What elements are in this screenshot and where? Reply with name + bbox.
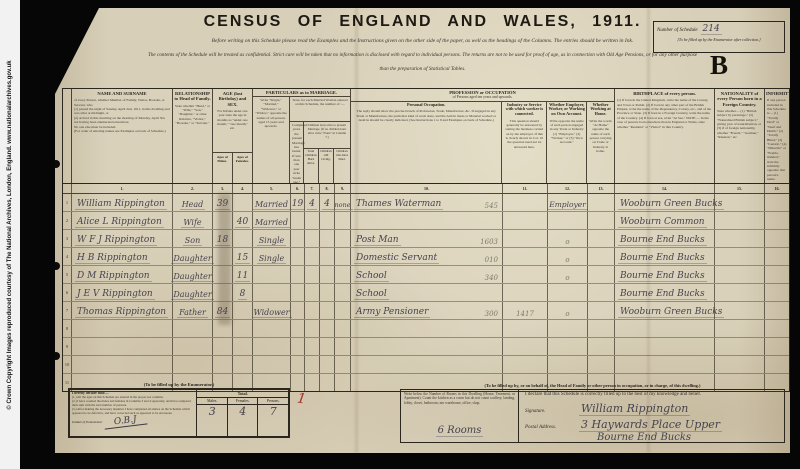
cell-occupation: School340 bbox=[351, 266, 503, 283]
table-row: 3W F J RippingtonSon18SinglePost Man1603… bbox=[63, 230, 789, 248]
cell-num: 4 bbox=[63, 248, 72, 265]
years-entry: 19 bbox=[290, 199, 305, 210]
cell-age-f: 11 bbox=[233, 266, 253, 283]
cell-age-m bbox=[213, 266, 233, 283]
occupation-code: 010 bbox=[485, 256, 498, 264]
cell-living bbox=[320, 302, 335, 319]
householder-box: Write below the Number of Rooms in this … bbox=[400, 389, 785, 443]
cell-infirmity bbox=[765, 248, 789, 265]
cell-relationship bbox=[173, 338, 213, 355]
cell-status: o bbox=[548, 302, 588, 319]
cell-relationship: Father bbox=[173, 302, 213, 319]
cell-age-f bbox=[233, 356, 253, 373]
relationship-entry: Daughter bbox=[171, 254, 213, 264]
cell-died bbox=[335, 374, 351, 391]
name-entry: William Rippington bbox=[75, 199, 167, 210]
children-group-header: Children born alive to present Marriage.… bbox=[304, 122, 350, 149]
declaration-box: I declare that this Schedule is correctl… bbox=[519, 390, 784, 442]
cell-age-f bbox=[233, 194, 253, 211]
cell-industry bbox=[503, 320, 548, 337]
name-entry: Thomas Rippington bbox=[75, 307, 168, 318]
cell-nationality bbox=[715, 284, 765, 301]
cell-num: 5 bbox=[63, 266, 72, 283]
birthplace-entry: Bourne End Bucks bbox=[618, 235, 707, 246]
name-entry: J E V Rippington bbox=[75, 289, 155, 300]
industry-header: Industry or Service with which worker is… bbox=[502, 102, 547, 183]
cell-infirmity bbox=[765, 212, 789, 229]
cell-birthplace: Wooburn Green Bucks bbox=[615, 302, 715, 319]
header-occupation-group: PROFESSION or OCCUPATION of Persons aged… bbox=[351, 89, 615, 183]
column-number: 13. bbox=[588, 184, 615, 193]
cell-num: 6 bbox=[63, 284, 72, 301]
column-number: 16. bbox=[765, 184, 789, 193]
cell-condition: Single bbox=[253, 230, 291, 247]
cell-years bbox=[291, 284, 305, 301]
nationality-column-body: State whether— (1) "British subject by p… bbox=[715, 108, 764, 141]
cell-status: o bbox=[548, 248, 588, 265]
declaration-text: I declare that this Schedule is correctl… bbox=[525, 392, 778, 397]
column-number bbox=[63, 184, 72, 193]
cell-birthplace: Bourne End Bucks bbox=[615, 266, 715, 283]
relationship-entry: Daughter bbox=[171, 290, 213, 300]
age-f-entry: 8 bbox=[238, 289, 248, 300]
cell-living bbox=[320, 338, 335, 355]
cell-occupation bbox=[351, 320, 503, 337]
header-name-column: NAME AND SURNAME of every Person, whethe… bbox=[72, 89, 173, 183]
cell-died bbox=[335, 212, 351, 229]
cell-industry bbox=[503, 266, 548, 283]
cell-industry bbox=[503, 230, 548, 247]
cell-occupation bbox=[351, 356, 503, 373]
cell-occupation: Post Man1603 bbox=[351, 230, 503, 247]
rooms-value: 6 Rooms bbox=[436, 425, 484, 437]
children-died-header: Children who have Died. bbox=[334, 149, 350, 183]
age-m-entry: 84 bbox=[215, 307, 230, 318]
born-entry: 4 bbox=[307, 199, 317, 210]
cell-born bbox=[305, 212, 320, 229]
cell-status bbox=[548, 356, 588, 373]
cell-industry bbox=[503, 338, 548, 355]
cell-age-m bbox=[213, 284, 233, 301]
cell-condition: Married bbox=[253, 194, 291, 211]
totals-males-label: Males. bbox=[197, 398, 228, 405]
header-age-column: AGE (last Birthday) and SEX. For Infants… bbox=[213, 89, 253, 183]
cell-at-home bbox=[588, 194, 615, 211]
occupation-entry: Post Man bbox=[354, 235, 401, 246]
postal-address-line-2: Bourne End Bucks bbox=[595, 432, 778, 443]
cell-status bbox=[548, 320, 588, 337]
occupation-code: 340 bbox=[485, 274, 498, 282]
column-number: 12. bbox=[548, 184, 588, 193]
cell-relationship: Wife bbox=[173, 212, 213, 229]
table-header: NAME AND SURNAME of every Person, whethe… bbox=[63, 89, 789, 184]
name-entry: W F J Rippington bbox=[75, 235, 157, 246]
cell-died bbox=[335, 230, 351, 247]
marriage-condition-header: Write "Single," "Married," "Widower," or… bbox=[253, 97, 290, 183]
punch-hole bbox=[52, 262, 60, 270]
table-rows: 1William RippingtonHead39Married1944none… bbox=[63, 194, 789, 391]
condition-entry: Married bbox=[253, 218, 290, 228]
table-row: 5D M RippingtonDaughter11School340oBourn… bbox=[63, 266, 789, 284]
relationship-entry: Father bbox=[177, 308, 208, 318]
occupation-entry: School bbox=[354, 289, 389, 300]
enumerator-initials-signature: O.B.J bbox=[104, 413, 148, 429]
table-row: 4H B RippingtonDaughter15SingleDomestic … bbox=[63, 248, 789, 266]
postal-address-label: Postal Address. bbox=[525, 425, 573, 430]
cell-living bbox=[320, 356, 335, 373]
cell-infirmity bbox=[765, 320, 789, 337]
cell-age-f: 15 bbox=[233, 248, 253, 265]
status-entry: o bbox=[565, 310, 569, 318]
column-number: 10. bbox=[351, 184, 503, 193]
enumerator-box: I hereby declare that:— (1.) All the age… bbox=[68, 388, 290, 438]
cell-nationality bbox=[715, 266, 765, 283]
enumerator-item-3: (3.) After making the necessary inquirie… bbox=[72, 407, 194, 415]
ages-of-males-header: Ages of Males. bbox=[213, 153, 233, 183]
cell-occupation: School bbox=[351, 284, 503, 301]
cell-relationship: Daughter bbox=[173, 248, 213, 265]
working-at-home-title: Whether Working at Home. bbox=[587, 102, 614, 118]
ages-of-females-header: Ages of Females. bbox=[233, 153, 252, 183]
cell-died: none bbox=[335, 194, 351, 211]
cell-birthplace: Bourne End Bucks bbox=[615, 230, 715, 247]
cell-age-m: 39 bbox=[213, 194, 233, 211]
personal-occupation-title: Personal Occupation. bbox=[351, 102, 501, 109]
census-scan: © Crown Copyright Images reproduced cour… bbox=[0, 0, 800, 469]
schedule-number-box: Number of Schedule 214 [To be filled up … bbox=[653, 21, 785, 53]
cell-condition: Single bbox=[253, 248, 291, 265]
name-column-title: NAME AND SURNAME bbox=[72, 89, 172, 97]
cell-age-m: 18 bbox=[213, 230, 233, 247]
condition-entry: Single bbox=[257, 236, 287, 246]
cell-nationality bbox=[715, 212, 765, 229]
cell-status: o bbox=[548, 266, 588, 283]
cell-at-home bbox=[588, 302, 615, 319]
cell-nationality bbox=[715, 194, 765, 211]
cell-living bbox=[320, 212, 335, 229]
cell-nationality bbox=[715, 230, 765, 247]
cell-status: Employer bbox=[548, 194, 588, 211]
cell-born bbox=[305, 284, 320, 301]
cell-name bbox=[72, 338, 173, 355]
children-born-header: Total Children Born Alive. bbox=[304, 149, 319, 183]
cell-years bbox=[291, 374, 305, 391]
schedule-number-label: Number of Schedule bbox=[657, 28, 698, 33]
cell-occupation: Thames Waterman545 bbox=[351, 194, 503, 211]
table-row: 9 bbox=[63, 338, 789, 356]
column-number: 14. bbox=[615, 184, 715, 193]
red-check-annotation: 1 bbox=[296, 390, 307, 407]
status-entry: o bbox=[565, 238, 569, 246]
householder-heading: (To be filled up by, or on behalf of, th… bbox=[400, 383, 785, 388]
cell-industry bbox=[503, 284, 548, 301]
cell-at-home bbox=[588, 266, 615, 283]
personal-occupation-header: Personal Occupation. The reply should sh… bbox=[351, 102, 502, 183]
cell-condition bbox=[253, 338, 291, 355]
birthplace-column-title: BIRTHPLACE of every person. bbox=[615, 89, 714, 97]
age-m-entry: 39 bbox=[215, 199, 230, 210]
birthplace-entry: Wooburn Green Bucks bbox=[618, 307, 724, 318]
cell-born bbox=[305, 320, 320, 337]
cell-born bbox=[305, 338, 320, 355]
birthplace-column-body: (1) If born in the United Kingdom, write… bbox=[615, 97, 714, 130]
cell-status: o bbox=[548, 230, 588, 247]
cell-industry bbox=[503, 248, 548, 265]
died-entry: none bbox=[332, 201, 352, 210]
cell-num: 1 bbox=[63, 194, 72, 211]
cell-name bbox=[72, 320, 173, 337]
totals-title: Total. bbox=[197, 390, 288, 398]
cell-born: 4 bbox=[305, 194, 320, 211]
age-m-entry: 18 bbox=[215, 235, 230, 246]
header-infirmity-column: INFIRMITY. If any person included in thi… bbox=[765, 89, 789, 183]
cell-occupation bbox=[351, 338, 503, 355]
cell-industry bbox=[503, 356, 548, 373]
cell-occupation: Army Pensioner300 bbox=[351, 302, 503, 319]
cell-age-f bbox=[233, 302, 253, 319]
cell-at-home bbox=[588, 320, 615, 337]
cell-years: 19 bbox=[291, 194, 305, 211]
cell-relationship bbox=[173, 356, 213, 373]
cell-age-m bbox=[213, 356, 233, 373]
employment-status-body: Write opposite the name of each person e… bbox=[547, 118, 586, 146]
cell-name: H B Rippington bbox=[72, 248, 173, 265]
schedule-number-note: [To be filled up by the Enumerator after… bbox=[657, 37, 781, 42]
birthplace-entry: Bourne End Bucks bbox=[618, 289, 707, 300]
infirmity-column-body: If any person included in this Schedule … bbox=[765, 97, 789, 182]
cell-living bbox=[320, 284, 335, 301]
table-row: 1William RippingtonHead39Married1944none… bbox=[63, 194, 789, 212]
cell-born bbox=[305, 302, 320, 319]
cell-birthplace: Bourne End Bucks bbox=[615, 284, 715, 301]
condition-entry: Married bbox=[253, 200, 290, 210]
occupation-group-subtitle: of Persons aged ten years and upwards. bbox=[351, 95, 614, 102]
cell-died bbox=[335, 302, 351, 319]
cell-birthplace bbox=[615, 320, 715, 337]
cell-born bbox=[305, 374, 320, 391]
cell-born bbox=[305, 356, 320, 373]
employment-status-header: Whether Employer, Worker, or Working on … bbox=[547, 102, 587, 183]
cell-at-home bbox=[588, 338, 615, 355]
age-column-body: For Infants under one year state the age… bbox=[213, 108, 252, 132]
column-number: 2. bbox=[173, 184, 213, 193]
cell-relationship bbox=[173, 320, 213, 337]
cell-years bbox=[291, 356, 305, 373]
name-entry: H B Rippington bbox=[75, 253, 150, 264]
industry-title: Industry or Service with which worker is… bbox=[502, 102, 546, 118]
enumerator-section: (To be filled up by the Enumerator.) I h… bbox=[68, 382, 290, 438]
cell-born bbox=[305, 230, 320, 247]
cell-age-m bbox=[213, 248, 233, 265]
name-entry: Alice L Rippington bbox=[75, 217, 164, 228]
column-numbers-row: 1.2.3.4.5.6.7.8.9.10.11.12.13.14.15.16. bbox=[63, 184, 789, 194]
age-f-entry: 11 bbox=[235, 271, 250, 282]
cell-relationship: Son bbox=[173, 230, 213, 247]
column-number: 1. bbox=[72, 184, 173, 193]
cell-occupation: Domestic Servant010 bbox=[351, 248, 503, 265]
cell-name: J E V Rippington bbox=[72, 284, 173, 301]
cell-name: W F J Rippington bbox=[72, 230, 173, 247]
married-women-header: State, for each Married Woman entered on… bbox=[290, 97, 350, 122]
occupation-code: 545 bbox=[485, 202, 498, 210]
column-number: 5. bbox=[253, 184, 291, 193]
cell-living bbox=[320, 320, 335, 337]
condition-entry: Widower bbox=[252, 308, 292, 318]
cell-living bbox=[320, 248, 335, 265]
cell-nationality bbox=[715, 356, 765, 373]
cell-living bbox=[320, 374, 335, 391]
cell-age-m bbox=[213, 320, 233, 337]
age-f-entry: 40 bbox=[235, 217, 250, 228]
cell-age-m: 84 bbox=[213, 302, 233, 319]
condition-entry: Single bbox=[257, 254, 287, 264]
cell-condition: Widower bbox=[253, 302, 291, 319]
cell-name bbox=[72, 356, 173, 373]
cell-birthplace bbox=[615, 338, 715, 355]
totals-females-value: 4 bbox=[228, 405, 259, 436]
cell-condition bbox=[253, 356, 291, 373]
status-entry: o bbox=[565, 256, 569, 264]
cell-num: 7 bbox=[63, 302, 72, 319]
relationship-entry: Wife bbox=[181, 218, 203, 228]
cell-infirmity bbox=[765, 338, 789, 355]
relationship-entry: Son bbox=[183, 236, 202, 246]
cell-nationality bbox=[715, 248, 765, 265]
age-column-title: AGE (last Birthday) and SEX. bbox=[213, 89, 252, 108]
cell-age-m bbox=[213, 212, 233, 229]
schedule-number-value: 214 bbox=[701, 24, 722, 35]
cell-years bbox=[291, 266, 305, 283]
occupation-code: 300 bbox=[485, 310, 498, 318]
years-married-header: Completed years the present Marriage has… bbox=[290, 122, 304, 183]
householder-section: (To be filled up by, or on behalf of, th… bbox=[400, 383, 785, 443]
cell-num: 9 bbox=[63, 338, 72, 355]
cell-born bbox=[305, 248, 320, 265]
cell-age-f: 8 bbox=[233, 284, 253, 301]
status-entry: Employer bbox=[547, 200, 588, 210]
cell-at-home bbox=[588, 284, 615, 301]
enumerator-heading: (To be filled up by the Enumerator.) bbox=[68, 382, 290, 387]
header-row-number-column bbox=[63, 89, 72, 183]
cell-at-home bbox=[588, 356, 615, 373]
cell-age-f bbox=[233, 338, 253, 355]
postal-address-line-1: 3 Haywards Place Upper bbox=[579, 418, 722, 432]
header-birthplace-column: BIRTHPLACE of every person. (1) If born … bbox=[615, 89, 715, 183]
cell-birthplace: Wooburn Common bbox=[615, 212, 715, 229]
cell-infirmity bbox=[765, 302, 789, 319]
enumerator-initials-label: Initials of Enumerator bbox=[72, 420, 102, 424]
cell-years bbox=[291, 248, 305, 265]
relationship-column-body: State whether "Head," or "Wife," "Son," … bbox=[173, 103, 212, 127]
column-number: 3. bbox=[213, 184, 233, 193]
occupation-entry: School bbox=[354, 271, 389, 282]
column-number: 6. bbox=[291, 184, 305, 193]
nationality-column-title: NATIONALITY of every Person born in a Fo… bbox=[715, 89, 764, 108]
cell-name: Thomas Rippington bbox=[72, 302, 173, 319]
cell-born bbox=[305, 266, 320, 283]
column-number: 8. bbox=[320, 184, 335, 193]
cell-birthplace bbox=[615, 356, 715, 373]
table-row: 7Thomas RippingtonFather84WidowerArmy Pe… bbox=[63, 302, 789, 320]
enumerator-declaration: I hereby declare that:— (1.) All the age… bbox=[70, 390, 196, 436]
cell-name: Alice L Rippington bbox=[72, 212, 173, 229]
cell-industry bbox=[503, 212, 548, 229]
cell-died bbox=[335, 284, 351, 301]
cell-relationship: Daughter bbox=[173, 266, 213, 283]
cell-infirmity bbox=[765, 284, 789, 301]
totals-persons-label: Persons. bbox=[258, 398, 288, 405]
cell-years bbox=[291, 338, 305, 355]
preamble-line-1: Before writing on this Schedule please r… bbox=[95, 38, 750, 44]
cell-infirmity bbox=[765, 230, 789, 247]
copyright-text: © Crown Copyright Images reproduced cour… bbox=[7, 60, 13, 409]
occupation-entry: Domestic Servant bbox=[354, 253, 439, 264]
cell-at-home bbox=[588, 248, 615, 265]
children-living-header: Children still Living. bbox=[319, 149, 334, 183]
census-form: CENSUS OF ENGLAND AND WALES, 1911. Befor… bbox=[55, 8, 790, 453]
totals-males-value: 3 bbox=[197, 405, 228, 436]
cell-living bbox=[320, 266, 335, 283]
header-nationality-column: NATIONALITY of every Person born in a Fo… bbox=[715, 89, 765, 183]
cell-infirmity bbox=[765, 194, 789, 211]
birthplace-entry: Wooburn Common bbox=[618, 217, 707, 228]
cell-years bbox=[291, 230, 305, 247]
cell-died bbox=[335, 320, 351, 337]
cell-died bbox=[335, 266, 351, 283]
employment-status-title: Whether Employer, Worker, or Working on … bbox=[547, 102, 586, 118]
working-at-home-body: Write the words "At Home" opposite the n… bbox=[587, 118, 614, 155]
column-number: 4. bbox=[233, 184, 253, 193]
table-row: 6J E V RippingtonDaughter8SchoolBourne E… bbox=[63, 284, 789, 302]
marriage-group-title: PARTICULARS as to MARRIAGE. bbox=[253, 89, 350, 97]
cell-died bbox=[335, 338, 351, 355]
occupation-entry: Thames Waterman bbox=[354, 199, 443, 210]
cell-years bbox=[291, 320, 305, 337]
relationship-entry: Head bbox=[180, 200, 206, 210]
personal-occupation-body: The reply should show the precise branch… bbox=[351, 108, 501, 123]
cell-industry bbox=[503, 194, 548, 211]
name-entry: D M Rippington bbox=[75, 271, 152, 282]
industry-body: This question should generally be answer… bbox=[502, 118, 546, 151]
cell-nationality bbox=[715, 320, 765, 337]
living-entry: 4 bbox=[322, 199, 332, 210]
cell-relationship: Daughter bbox=[173, 284, 213, 301]
birthplace-entry: Bourne End Bucks bbox=[618, 253, 707, 264]
working-at-home-header: Whether Working at Home. Write the words… bbox=[587, 102, 614, 183]
cell-years bbox=[291, 212, 305, 229]
cell-nationality bbox=[715, 338, 765, 355]
signature-value: William Rippington bbox=[579, 402, 690, 416]
cell-infirmity bbox=[765, 356, 789, 373]
b-stamp: B bbox=[710, 50, 728, 81]
table-row: 2Alice L RippingtonWife40MarriedWooburn … bbox=[63, 212, 789, 230]
table-row: 8 bbox=[63, 320, 789, 338]
cell-num: 8 bbox=[63, 320, 72, 337]
cell-condition bbox=[253, 284, 291, 301]
birthplace-entry: Wooburn Green Bucks bbox=[618, 199, 724, 210]
relationship-column-title: RELATIONSHIP to Head of Family. bbox=[173, 89, 212, 103]
census-table: NAME AND SURNAME of every Person, whethe… bbox=[62, 88, 790, 392]
cell-living bbox=[320, 230, 335, 247]
cell-condition: Married bbox=[253, 212, 291, 229]
punch-hole bbox=[52, 160, 60, 168]
cell-name: D M Rippington bbox=[72, 266, 173, 283]
relationship-entry: Daughter bbox=[171, 272, 213, 282]
cell-industry: 1417 bbox=[503, 302, 548, 319]
cell-died bbox=[335, 356, 351, 373]
cell-relationship: Head bbox=[173, 194, 213, 211]
name-column-body: of every Person, whether Member of Famil… bbox=[72, 97, 172, 134]
